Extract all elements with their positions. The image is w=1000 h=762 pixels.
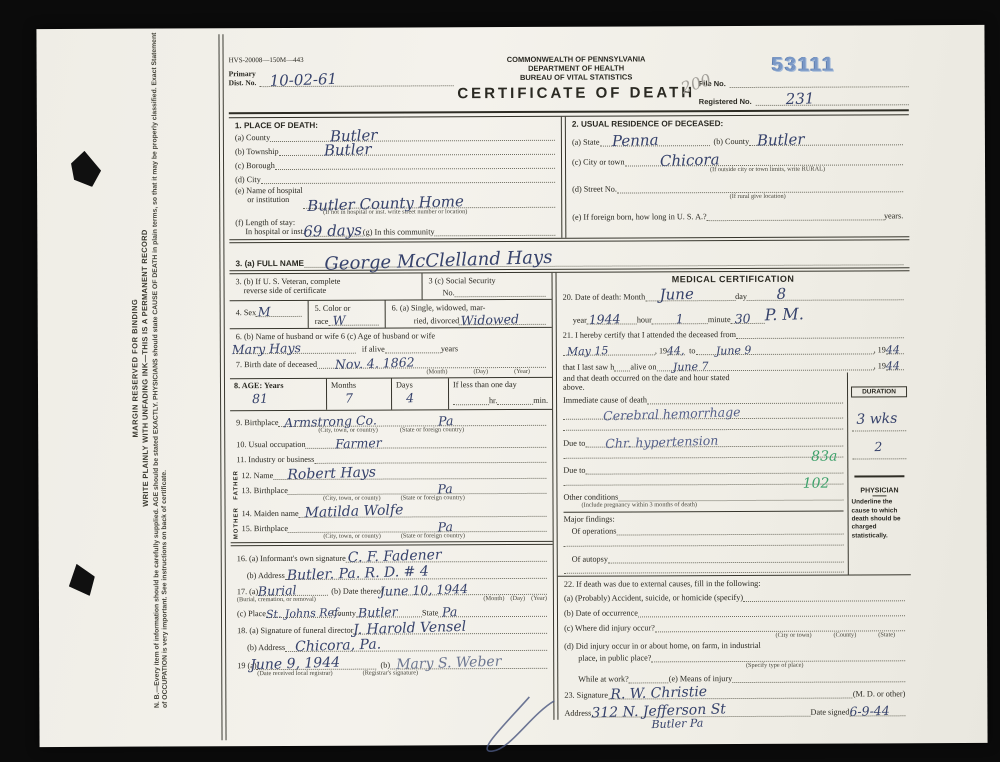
other-conditions-note: (Include pregnancy within 3 months of de… [564,501,844,509]
burial-label: 17. (a) [237,587,258,596]
margin-line-3: N. B.—Every item of information should b… [151,28,171,708]
mother-side-label: MOTHER [233,507,239,539]
immediate-duration: 3 wks [848,397,898,428]
sections-1-2: 1. PLACE OF DEATH: (a) County Butler (b)… [229,115,910,240]
race-value: W [332,313,345,328]
birthplace-block: 9. Birthplace Armstrong Co. Pa (City, to… [230,410,552,466]
mother-birthplace-value: Pa [438,519,454,534]
occupation-label: 10. Usual occupation [236,440,305,449]
stay-label: (f) Length of stay: In hospital or inst. [235,217,305,237]
certificate-paper: MARGIN RESERVED FOR BINDING WRITE PLAINL… [36,25,987,747]
external-a-label: (a) (Probably) Accident, suicide, or hom… [564,593,743,603]
certify-line-1: 21. I hereby certify that I attended the… [563,330,736,340]
binding-margin-notes: MARGIN RESERVED FOR BINDING WRITE PLAINL… [129,28,171,708]
dod-month: June [659,285,694,304]
attended-to-year: 44 [886,343,900,356]
last-seen: June 7 [672,360,708,374]
operations-label: Of operations [564,527,617,536]
age-table: 8. AGE: Years 81 Months 7 Days 4 If less… [230,378,552,410]
left-column: 3. (b) If U. S. Veteran, complete revers… [230,273,554,721]
registered-no-value: 231 [785,89,814,108]
race-label: 5. Color or [315,304,379,313]
residence-heading: 2. USUAL RESIDENCE OF DECEASED: [572,119,723,129]
township-label: (b) Township [235,147,279,156]
registrar-date-value: June 9, 1944 [250,655,340,674]
informant-block: 16. (a) Informant's own signature C. F. … [231,545,554,679]
veteran-ssn-row: 3. (b) If U. S. Veteran, complete revers… [230,273,552,300]
foreign-born-label: (e) If foreign born, how long in U. S. A… [572,212,706,222]
physician-note: Underline the cause to which death shoul… [848,497,910,541]
city-value-line [261,170,555,183]
occupation-value: Farmer [335,435,382,451]
ssn-line [455,285,546,297]
burial-state-label: State [422,609,438,618]
physician-addr-city: Butler Pa [651,717,703,732]
section-place-of-death: 1. PLACE OF DEATH: (a) County Butler (b)… [229,116,562,239]
borough-label: (c) Borough [235,161,275,170]
father-birthplace-label: 13. Birthplace [241,486,287,495]
registered-no-label: Registered No. [699,97,752,106]
borough-value-line [275,156,555,169]
age-days-value: 4 [396,390,414,406]
physician-title: PHYSICIAN [848,487,910,494]
right-column-medical: MEDICAL CERTIFICATION 20. Date of death:… [557,271,912,720]
physician-sig-value: R. W. Christie [610,684,707,703]
paper-hole [71,151,101,187]
birthdate-label: 7. Birth date of deceased [236,360,317,369]
mother-maiden-value: Matilda Wolfe [304,502,403,521]
physician-addr-label: Address [564,709,591,718]
birthplace-value: Armstrong Co. [284,413,377,431]
funeral-addr-value: Chicora, Pa. [295,637,381,656]
last-seen-year: 44 [886,359,900,372]
date-of-death-block: 20. Date of death: Month June day 8 year… [557,283,910,374]
funeral-sig-value: J. Harold Vensel [353,619,467,638]
birthplace-state: Pa [438,413,454,428]
father-side-label: FATHER [233,470,239,500]
city-note: (If outside city or town limits, write R… [572,165,903,173]
file-number-stamp: 53111 [772,54,836,76]
burial-state-value: Pa [442,604,458,619]
industry-line [314,451,546,464]
street-no-line [617,180,903,193]
sex-label: 4. Sex [236,308,257,317]
burial-date-label: (b) Date thereof [331,587,383,596]
parents-block: FATHER MOTHER 12. Name Robert Hays 13. B… [230,465,552,542]
md-or-other-label: (M. D. or other) [853,689,906,698]
external-heading: 22. If death was due to external causes,… [564,578,905,588]
bureau-line: BUREAU OF VITAL STATISTICS [454,72,699,82]
father-name-value: Robert Hays [287,465,376,484]
date-signed-value: 6-9-44 [849,703,890,719]
birthdate-value: Nov. 4. 1862 [335,355,415,372]
burial-county-value: Butler [358,604,398,620]
registrar-b-label: (b) [381,661,391,670]
causes-block: and that death occurred on the date and … [557,372,911,576]
due1-duration: 2 [848,431,883,455]
city-or-town-label: (c) City or town [572,157,625,166]
city-or-town-value: Chicora [659,150,719,170]
sex-race-marital-row: 4. Sex M 5. Color or race W 6. (a) Singl… [230,300,552,328]
external-causes-block: 22. If death was due to external causes,… [558,575,912,720]
burial-type-value: Burial [258,583,297,599]
foreign-born-suffix: years. [884,211,903,220]
spouse-value: Mary Hays [232,340,302,357]
margin-line-2: WRITE PLAINLY WITH UNFADING INK—THIS IS … [139,28,151,708]
dod-ampm: P. M. [764,304,804,324]
hospital-label: (e) Name of hospital or institution [235,185,303,205]
primary-dist-label: Primary Dist. No. [229,70,257,87]
dod-minute: 30 [734,311,750,326]
industry-label: 11. Industry or business [236,455,314,464]
duration-physician-rail: DURATION 3 wks 2 PHYSICIAN Underline the… [847,372,911,574]
foreign-born-line [707,208,884,221]
place-of-death-heading: 1. PLACE OF DEATH: [235,120,318,129]
autopsy-label: Of autopsy [564,555,608,564]
attended-from: May 15 [567,344,609,358]
due-to-1-label: Due to [563,439,585,448]
residence-county-value: Butler [757,130,805,149]
margin-divider-rule [218,34,226,740]
other-conditions-label: Other conditions [563,493,618,502]
spouse-age-line [385,341,441,353]
duration-box-label: DURATION [851,386,907,397]
informant-sig-label: 16. (a) Informant's own signature [237,554,346,563]
county-label: (a) County [235,133,270,142]
dod-year: 1944 [589,311,621,327]
stay-value: 69 days [303,221,362,241]
attended-to: June 9 [715,344,751,358]
form-number: HVS-20008—150M—443 [229,55,454,64]
state-value: Penna [611,130,658,149]
informant-addr-label: (b) Address [237,571,285,580]
attended-from-year: 44, [667,344,685,358]
age-years-value: 81 [234,391,268,407]
burial-date-value: June 10, 1944 [379,581,468,599]
father-birthplace-value: Pa [438,481,454,496]
age-label: 8. AGE: Years [234,381,284,390]
mother-maiden-label: 14. Maiden name [242,509,299,518]
paper-hole [69,564,95,596]
community-value-line [435,224,556,237]
spouse-birthdate-block: 6. (b) Name of husband or wife 6 (c) Age… [230,328,552,378]
sex-value: M [258,304,271,319]
while-at-work-label: While at work? [564,675,629,684]
immediate-cause-label: Immediate cause of death [563,396,647,405]
certify-line-2: that I last saw h [563,363,614,372]
mother-birthplace-label: 15. Birthplace [242,524,288,533]
funeral-addr-label: (b) Address [237,643,285,652]
funeral-sig-label: 18. (a) Signature of funeral director [237,626,353,636]
form-header: HVS-20008—150M—443 Primary Dist. No. 10-… [229,53,909,108]
burial-place-value: St. Johns Ref. [266,606,342,621]
duration-end-rule [854,475,904,477]
full-name-label: 3. (a) FULL NAME [235,259,304,268]
informant-addr-value: Butler. Pa. R. D. # 4 [287,564,429,584]
father-name-label: 12. Name [241,471,273,480]
full-name-row: 3. (a) FULL NAME George McClelland Hays [229,240,909,270]
township-value: Butler [323,139,371,158]
burial-place-label: (c) Place [237,609,266,618]
certificate-form: HVS-20008—150M—443 Primary Dist. No. 10-… [229,53,912,721]
community-label: (g) In this community [363,228,435,237]
due-to-2-label: Due to [563,466,585,475]
street-note: (If rural give location) [572,192,903,200]
state-label: (a) State [572,137,600,146]
dod-day: 8 [777,285,787,303]
birthplace-label: 9. Birthplace [236,418,278,427]
residence-county-label: (b) County [713,136,749,145]
city-label: (d) City [235,175,261,184]
dod-hour: 1 [676,311,684,326]
dod-label: 20. Date of death: Month [563,293,646,302]
external-c-label: (c) Where did injury occur? [564,624,655,633]
age-months-value: 7 [331,391,353,407]
primary-dist-value: 10-02-61 [269,70,337,90]
date-signed-label: Date signed [811,708,850,717]
external-b-label: (b) Date of occurrence [564,609,638,618]
section-usual-residence: 2. USUAL RESIDENCE OF DECEASED: (a) Stat… [566,115,910,238]
marital-value: Widowed [461,311,520,328]
means-of-injury-label: (e) Means of injury [669,674,732,683]
physician-sig-label: 23. Signature [564,691,608,700]
ssn-label: 3 (c) Social Security [429,276,546,286]
street-no-label: (d) Street No. [572,184,617,193]
certificate-title: CERTIFICATE OF DEATH [454,84,699,102]
